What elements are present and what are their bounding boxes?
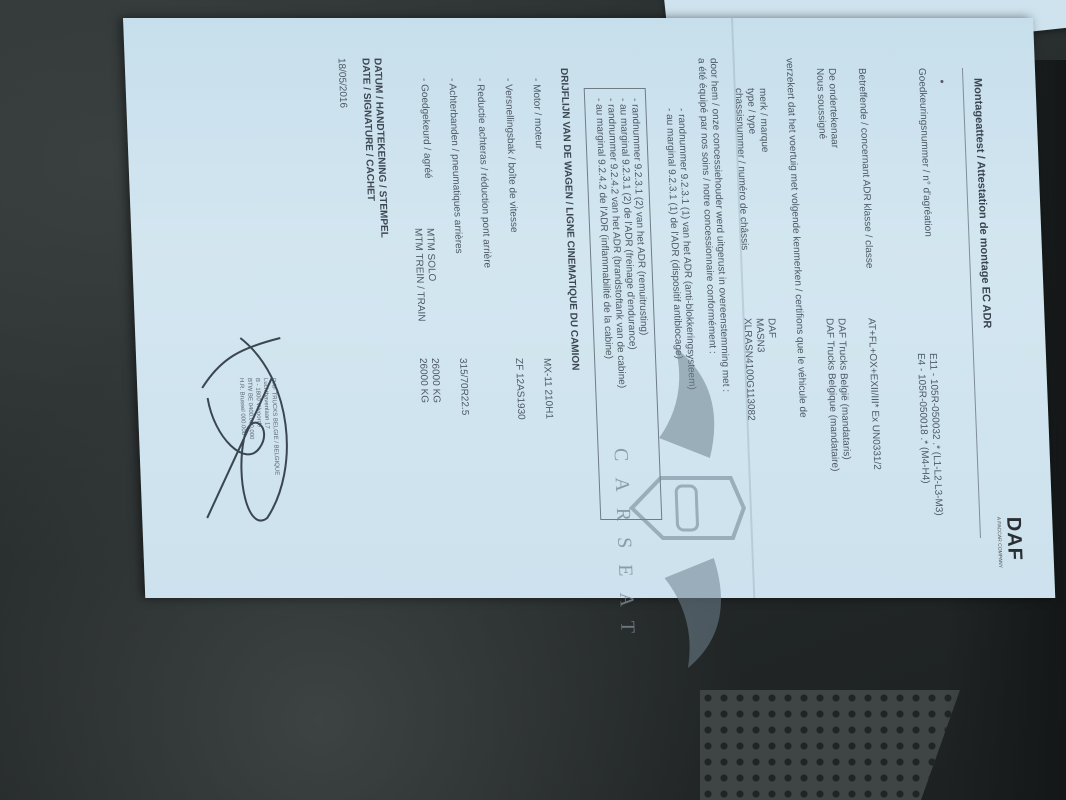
drivetrain-gearbox: - Versnellingsbak / boîte de vitesse ZF … (511, 18, 533, 598)
certify-line: verzekert dat het voertuig met volgende … (784, 58, 809, 418)
drivetrain-rear-axle: - Reductie achteras / réduction pont arr… (483, 18, 505, 598)
drivetrain-engine: - Motor / moteur MX-11 210H1 (539, 18, 561, 598)
vehicle-make: merk / marque DAF (765, 18, 787, 598)
field-adr-class: Betreffende / concernant ADR klasse / cl… (865, 18, 887, 598)
handwritten-signature (190, 318, 308, 538)
certificate-sheet-wrapper: DAF A PACCAR COMPANY Montageattest / Att… (128, 20, 1028, 720)
certificate-content: DAF A PACCAR COMPANY Montageattest / Att… (123, 18, 1055, 598)
drivetrain-rear-tyres: - Achterbanden / pneumatiques arrières 3… (455, 18, 477, 598)
document-title: Montageattest / Attestation de montage E… (971, 78, 993, 328)
bullet-dot (940, 80, 943, 83)
certificate-sheet: DAF A PACCAR COMPANY Montageattest / Att… (123, 18, 1055, 598)
daf-logo: DAF A PACCAR COMPANY (995, 517, 1026, 568)
drivetrain-heading: DRIJFLIJN VAN DE WAGEN / LIGNE CINEMATIQ… (558, 68, 581, 370)
field-approval-number: Goedkeuringsnummer / n° d'agréation E11 … (925, 18, 947, 598)
signature-date: 18/05/2016 (336, 58, 349, 108)
drivetrain-approved: - Goedgekeurd / agréé MTM SOLO 26000 KG (427, 18, 449, 598)
signature-heading-nl: DATUM / HANDTEKENING / STEMPEL (372, 58, 390, 238)
field-undersigned: De ondertekenaar Nous soussigné DAF Truc… (835, 18, 857, 598)
